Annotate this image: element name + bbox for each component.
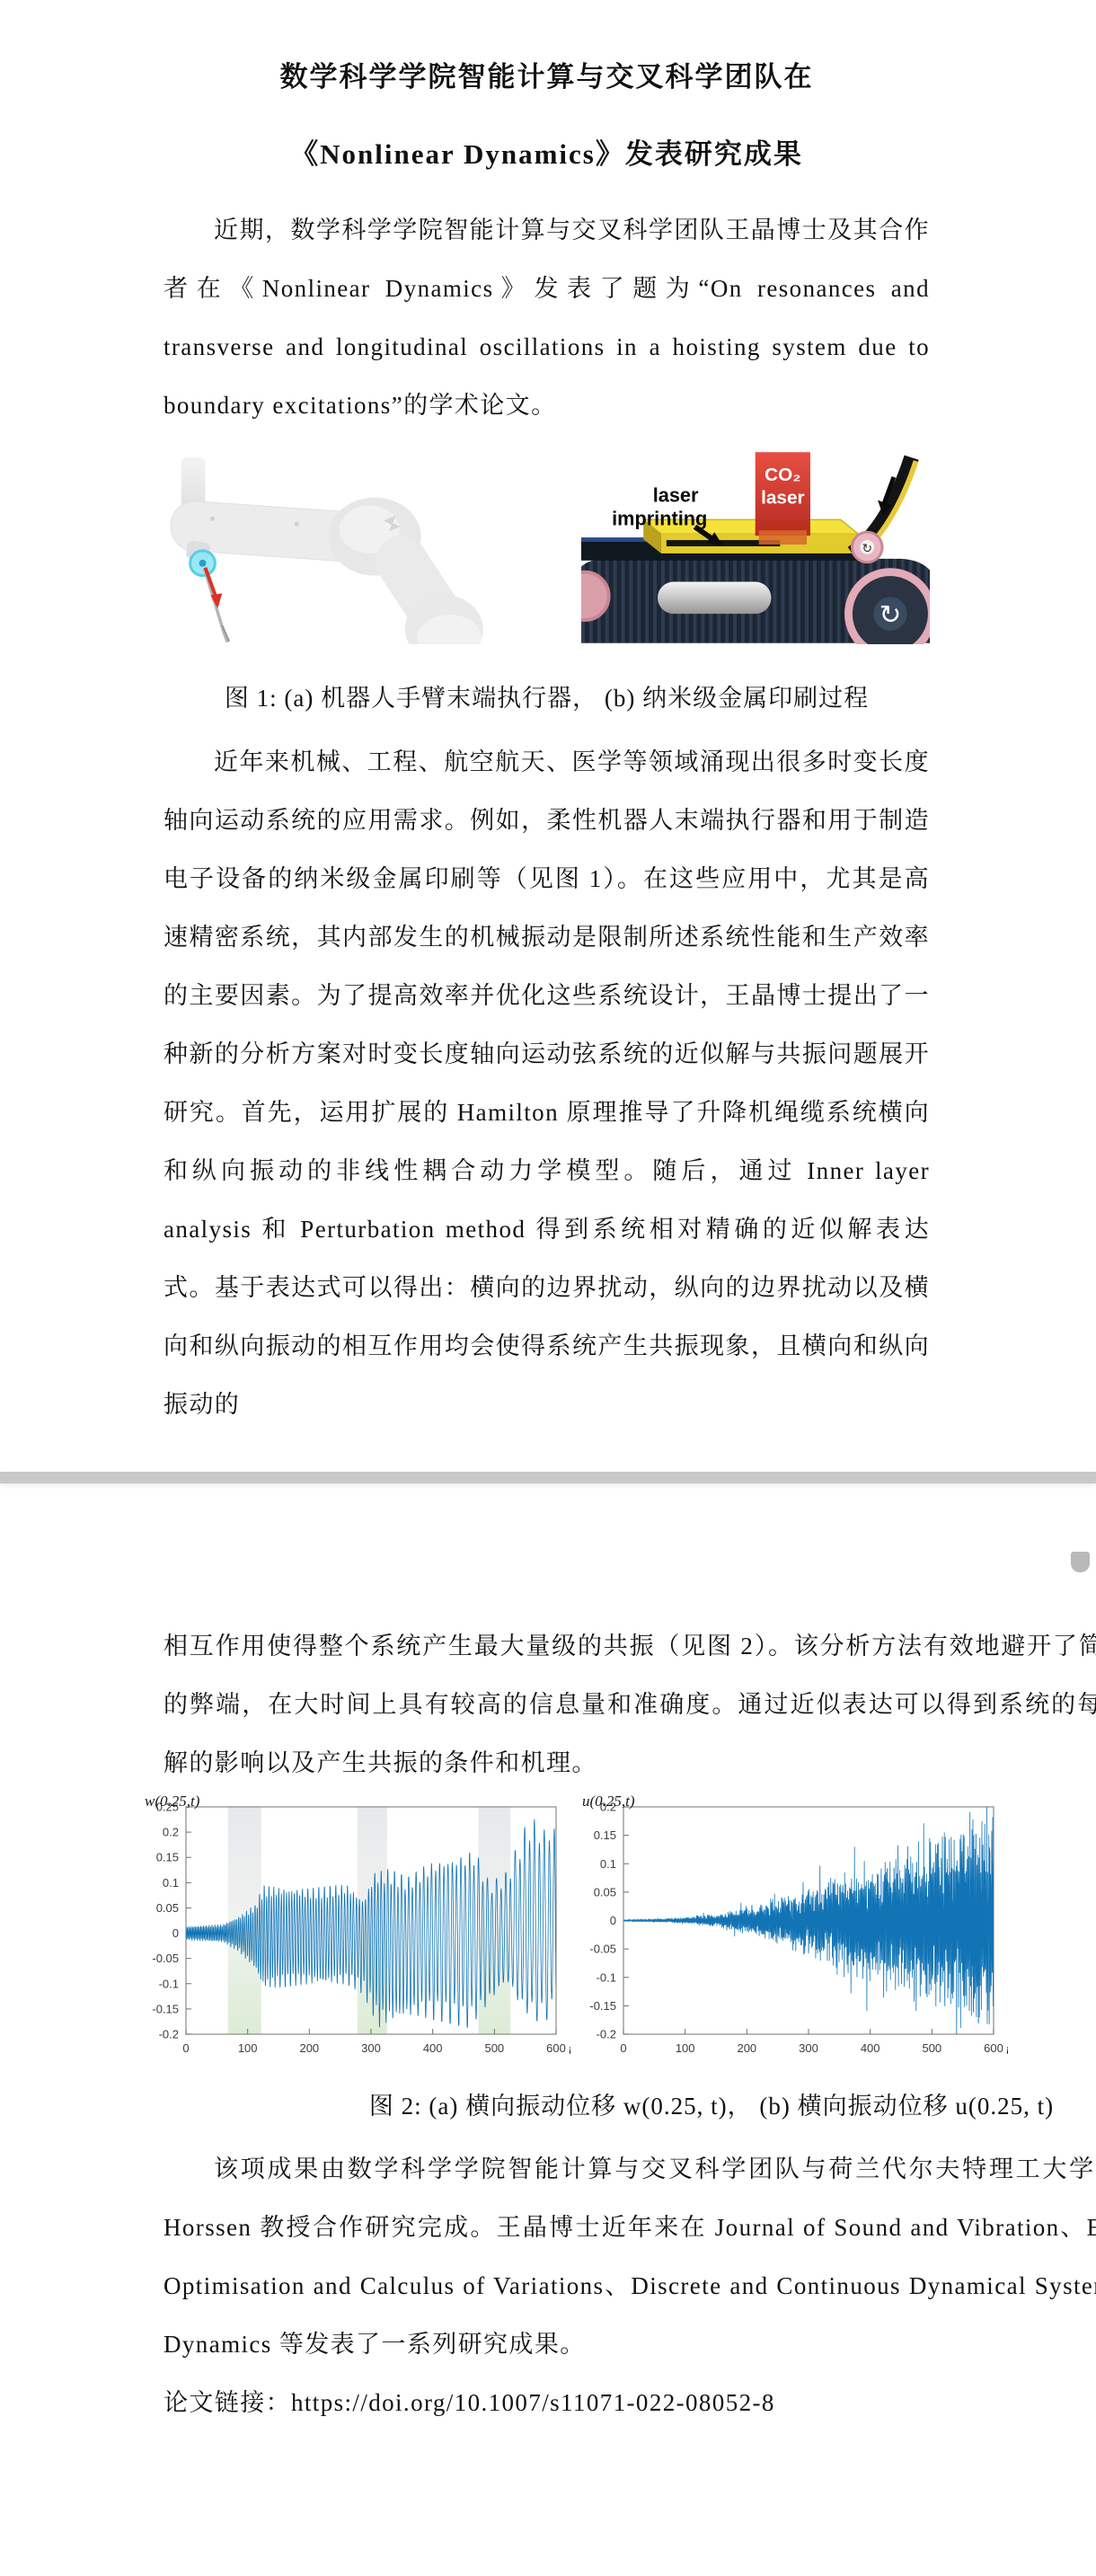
x-tick-label: 300 — [361, 2041, 381, 2055]
figure2-caption: 图 2: (a) 横向振动位移 w(0.25, t)， (b) 横向振动位移 u… — [164, 2088, 1096, 2124]
y-tick-label: 0.15 — [156, 1851, 179, 1864]
imprinting-label-line1: laser — [652, 484, 698, 507]
page2: 相互作用使得整个系统产生最大量级的共振（见图 2）。该分析方法有效地避开了简单离… — [0, 1617, 1096, 2432]
paragraph-intro: 近期，数学科学学院智能计算与交叉科学团队王晶博士及其合作者在《Nonlinear… — [164, 201, 930, 435]
y-tick-label: 0 — [610, 1914, 616, 1927]
figure1: ↻ CO₂ laser la — [164, 451, 930, 644]
axis-label: w(0.25,t) — [145, 1793, 200, 1810]
y-tick-label: -0.1 — [159, 1977, 179, 1990]
co2-label-line1: CO₂ — [765, 465, 800, 485]
robot-arm-illustration — [164, 454, 498, 644]
y-tick-label: -0.15 — [589, 1999, 616, 2013]
paper-link-label: 论文链接： — [164, 2389, 291, 2416]
y-tick-label: -0.15 — [152, 2002, 179, 2015]
y-tick-label: 0.1 — [600, 1857, 616, 1871]
x-tick-label: 100 — [676, 2041, 695, 2055]
x-tick-label: 500 — [922, 2041, 941, 2055]
x-tick-label: 200 — [737, 2041, 756, 2055]
x-tick-label: 0 — [182, 2041, 189, 2055]
figure1-caption: 图 1: (a) 机器人手臂末端执行器， (b) 纳米级金属印刷过程 — [164, 680, 930, 716]
y-tick-label: -0.05 — [589, 1943, 616, 1956]
co2-label-line2: laser — [761, 488, 804, 509]
y-tick-label: -0.1 — [597, 1970, 616, 1984]
figure2-chart-transverse: -0.2-0.15-0.1-0.0500.050.10.150.20.25010… — [141, 1793, 570, 2076]
imprinting-label-line2: imprinting — [612, 507, 707, 529]
y-tick-label: 0.05 — [594, 1885, 616, 1899]
x-tick-label: 400 — [861, 2041, 880, 2055]
x-tick-label: 600 — [546, 2041, 566, 2055]
scroll-indicator[interactable] — [1071, 1552, 1090, 1572]
y-tick-label: 0.15 — [594, 1828, 616, 1842]
x-axis-label: t — [569, 2040, 570, 2058]
y-tick-label: 0.2 — [163, 1826, 179, 1839]
axis-label: u(0.25,t) — [582, 1793, 635, 1810]
svg-text:↻: ↻ — [862, 542, 872, 556]
page-separator — [0, 1472, 1096, 1483]
figure2-chart-b-wrap: -0.2-0.15-0.1-0.0500.050.10.150.20100200… — [579, 1793, 1008, 2076]
svg-text:↻: ↻ — [879, 598, 901, 630]
paragraph-continuation: 相互作用使得整个系统产生最大量级的共振（见图 2）。该分析方法有效地避开了简单离… — [164, 1617, 1096, 1793]
silver-cylinder — [658, 582, 772, 615]
x-tick-label: 0 — [620, 2041, 626, 2055]
x-tick-label: 300 — [799, 2041, 818, 2055]
y-tick-label: -0.05 — [152, 1952, 179, 1965]
x-tick-label: 600 — [984, 2041, 1003, 2055]
paragraph-research: 近年来机械、工程、航空航天、医学等领域涌现出很多时变长度轴向运动系统的应用需求。… — [164, 733, 930, 1434]
paragraph-link: 论文链接：https://doi.org/10.1007/s11071-022-… — [164, 2374, 1096, 2432]
resonance-band — [478, 1807, 510, 2034]
laser-imprinting-illustration: ↻ CO₂ laser la — [581, 451, 930, 644]
x-tick-label: 400 — [423, 2041, 443, 2055]
page-title-line2: 《Nonlinear Dynamics》发表研究成果 — [164, 135, 930, 174]
page-title-line1: 数学科学学院智能计算与交叉科学团队在 — [164, 0, 930, 97]
page1: 数学科学学院智能计算与交叉科学团队在 《Nonlinear Dynamics》发… — [0, 0, 1096, 1434]
paragraph-collaboration: 该项成果由数学科学学院智能计算与交叉科学团队与荷兰代尔夫特理工大学的 Wim T… — [164, 2140, 1096, 2374]
y-tick-label: -0.2 — [159, 2028, 179, 2041]
x-tick-label: 500 — [484, 2041, 504, 2055]
right-roller-icon: ↻ — [848, 572, 930, 644]
y-tick-label: 0.1 — [163, 1876, 179, 1890]
end-effector-marker-icon — [190, 551, 216, 576]
document-page: 数学科学学院智能计算与交叉科学团队在 《Nonlinear Dynamics》发… — [0, 0, 1096, 2576]
x-tick-label: 200 — [299, 2041, 319, 2055]
paper-doi-link[interactable]: https://doi.org/10.1007/s11071-022-08052… — [291, 2389, 775, 2416]
x-tick-label: 100 — [238, 2041, 258, 2055]
figure2-chart-longitudinal: -0.2-0.15-0.1-0.0500.050.10.150.20100200… — [579, 1793, 1008, 2076]
y-tick-label: -0.2 — [597, 2028, 616, 2041]
y-tick-label: 0.05 — [156, 1901, 179, 1915]
figure2: -0.2-0.15-0.1-0.0500.050.10.150.20.25010… — [141, 1793, 1096, 2076]
x-axis-label: t — [1006, 2040, 1008, 2058]
y-tick-label: 0 — [172, 1926, 179, 1940]
